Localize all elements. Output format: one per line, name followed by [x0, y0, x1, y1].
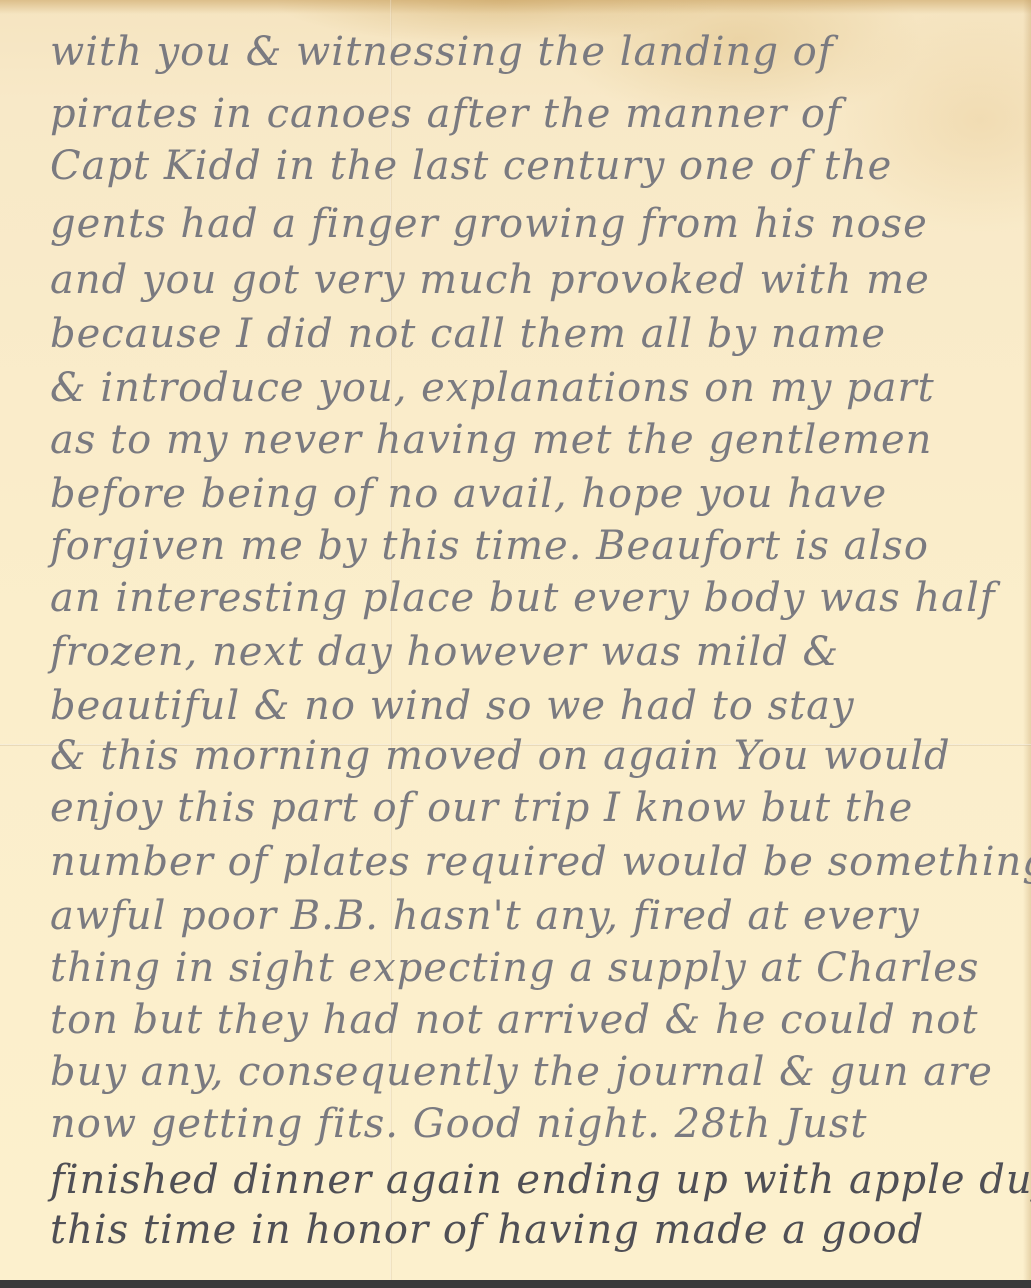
handwritten-line: as to my never having met the gentlemen: [50, 416, 932, 464]
handwritten-line: number of plates required would be somet…: [50, 838, 1031, 886]
handwritten-line: & introduce you, explanations on my part: [50, 364, 935, 412]
handwritten-line: thing in sight expecting a supply at Cha…: [50, 944, 979, 992]
handwritten-line: forgiven me by this time. Beaufort is al…: [50, 522, 929, 570]
handwritten-line: ton but they had not arrived & he could …: [50, 996, 978, 1044]
paper-edge: [1023, 0, 1031, 1280]
handwritten-line: this time in honor of having made a good: [50, 1206, 924, 1254]
handwritten-line: an interesting place but every body was …: [50, 574, 996, 622]
handwritten-line: and you got very much provoked with me: [50, 256, 930, 304]
handwritten-line: now getting fits. Good night. 28th Just: [50, 1100, 867, 1148]
scan-bottom-edge: [0, 1280, 1031, 1288]
handwritten-line: enjoy this part of our trip I know but t…: [50, 784, 913, 832]
handwritten-line: with you & witnessing the landing of: [50, 28, 834, 76]
handwritten-line: before being of no avail, hope you have: [50, 470, 887, 518]
handwritten-line: gents had a finger growing from his nose: [50, 200, 928, 248]
handwritten-line: buy any, consequently the journal & gun …: [50, 1048, 993, 1096]
handwritten-line: beautiful & no wind so we had to stay: [50, 682, 855, 730]
handwritten-line: frozen, next day however was mild &: [50, 628, 839, 676]
handwritten-line: because I did not call them all by name: [50, 310, 886, 358]
handwritten-line: & this morning moved on again You would: [50, 732, 951, 780]
letter-page: with you & witnessing the landing of pir…: [0, 0, 1031, 1280]
handwritten-line: awful poor B.B. hasn't any, fired at eve…: [50, 892, 920, 940]
handwritten-line: finished dinner again ending up with app…: [50, 1156, 1031, 1204]
handwritten-line: pirates in canoes after the manner of: [50, 90, 842, 138]
handwritten-line: Capt Kidd in the last century one of the: [50, 142, 892, 190]
water-stain: [0, 0, 1031, 14]
